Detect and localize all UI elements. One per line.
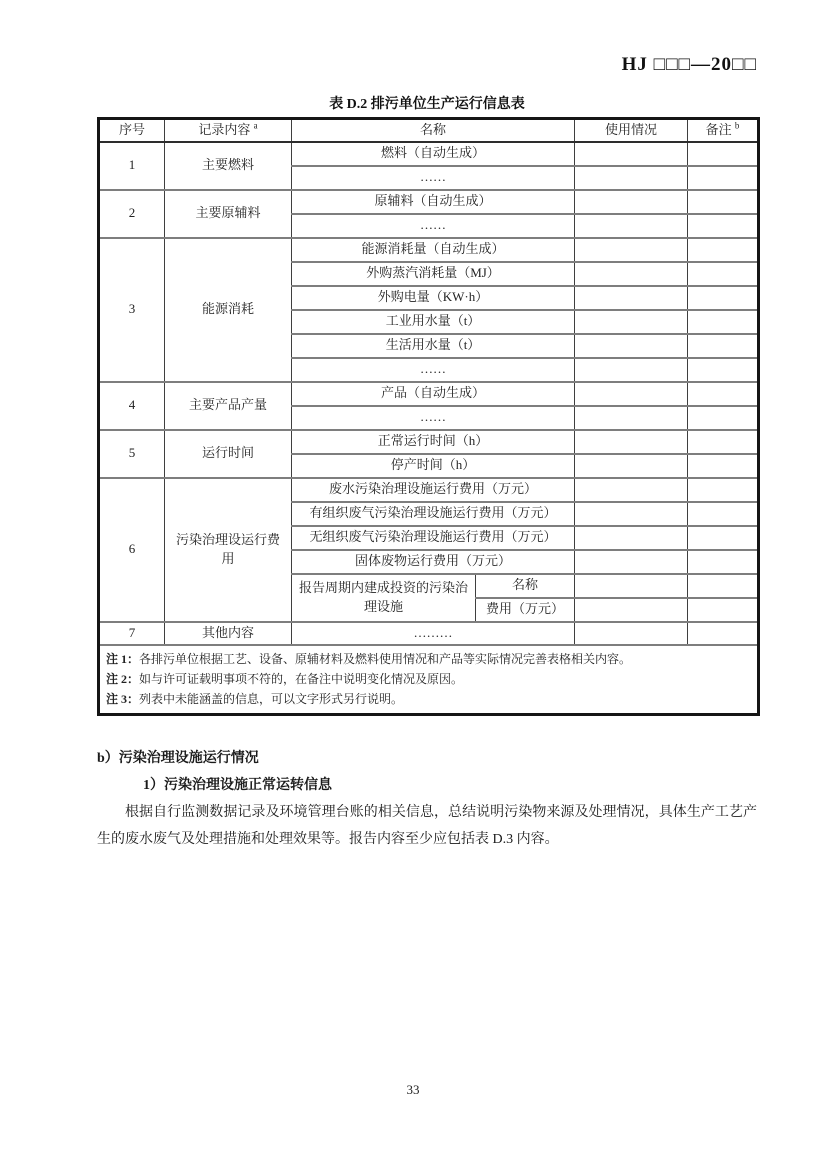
name-cell: 正常运行时间（h）	[292, 430, 575, 454]
column-header-usage: 使用情况	[575, 119, 688, 142]
note-label: 注 3：	[106, 692, 139, 706]
remark-cell	[688, 334, 759, 358]
usage-cell	[575, 550, 688, 574]
remark-cell	[688, 262, 759, 286]
remark-cell	[688, 190, 759, 214]
usage-cell	[575, 310, 688, 334]
note-text: 各排污单位根据工艺、设备、原辅材料及燃料使用情况和产品等实际情况完善表格相关内容…	[139, 652, 631, 666]
document-page: HJ □□□—20□□ 表 D.2 排污单位生产运行信息表 序号 记录内容 a …	[0, 0, 826, 1169]
name-cell: ……	[292, 358, 575, 382]
remark-cell	[688, 286, 759, 310]
serial-cell: 3	[99, 238, 165, 382]
remark-cell	[688, 430, 759, 454]
note-line: 注 2：如与许可证载明事项不符的，在备注中说明变化情况及原因。	[106, 669, 751, 689]
remark-cell	[688, 574, 759, 598]
content-cell: 主要燃料	[165, 142, 292, 190]
usage-cell	[575, 334, 688, 358]
usage-cell	[575, 478, 688, 502]
serial-cell: 2	[99, 190, 165, 238]
serial-cell: 1	[99, 142, 165, 190]
name-cell: 废水污染治理设施运行费用（万元）	[292, 478, 575, 502]
content-cell: 运行时间	[165, 430, 292, 478]
usage-cell	[575, 430, 688, 454]
table-title: 表 D.2 排污单位生产运行信息表	[97, 93, 757, 113]
name-cell: 产品（自动生成）	[292, 382, 575, 406]
note-text: 如与许可证载明事项不符的，在备注中说明变化情况及原因。	[139, 672, 463, 686]
serial-cell: 6	[99, 478, 165, 622]
remark-cell	[688, 478, 759, 502]
name-cell: ……	[292, 406, 575, 430]
remark-cell	[688, 406, 759, 430]
footnote-marker-a: a	[254, 121, 258, 131]
column-header-serial: 序号	[99, 119, 165, 142]
name-sub-cell: 名称	[476, 574, 575, 598]
name-cell: ……	[292, 166, 575, 190]
content-cell: 主要产品产量	[165, 382, 292, 430]
table-row: 5 运行时间 正常运行时间（h）	[99, 430, 759, 454]
name-cell: 能源消耗量（自动生成）	[292, 238, 575, 262]
remark-cell	[688, 622, 759, 645]
remark-cell	[688, 598, 759, 622]
usage-cell	[575, 382, 688, 406]
section-heading-b: b）污染治理设施运行情况	[97, 745, 757, 772]
remark-cell	[688, 238, 759, 262]
name-sub-cell: 费用（万元）	[476, 598, 575, 622]
name-cell: 外购蒸汽消耗量（MJ）	[292, 262, 575, 286]
remark-cell	[688, 502, 759, 526]
serial-cell: 5	[99, 430, 165, 478]
usage-cell	[575, 286, 688, 310]
name-cell: ……	[292, 214, 575, 238]
name-cell: ………	[292, 622, 575, 645]
usage-cell	[575, 358, 688, 382]
remark-cell	[688, 550, 759, 574]
serial-cell: 7	[99, 622, 165, 645]
name-cell: 停产时间（h）	[292, 454, 575, 478]
serial-cell: 4	[99, 382, 165, 430]
standard-code-header: HJ □□□—20□□	[622, 54, 757, 76]
footnote-marker-b: b	[735, 121, 740, 131]
note-line: 注 1：各排污单位根据工艺、设备、原辅材料及燃料使用情况和产品等实际情况完善表格…	[106, 649, 751, 669]
usage-cell	[575, 238, 688, 262]
usage-cell	[575, 598, 688, 622]
remark-cell	[688, 382, 759, 406]
content-cell: 能源消耗	[165, 238, 292, 382]
usage-cell	[575, 262, 688, 286]
production-info-table: 序号 记录内容 a 名称 使用情况 备注 b 1 主要燃料 燃料（自动生成） ……	[97, 117, 760, 716]
table-row: 1 主要燃料 燃料（自动生成）	[99, 142, 759, 166]
name-group-cell: 报告周期内建成投资的污染治理设施	[292, 574, 476, 622]
section-paragraph: 根据自行监测数据记录及环境管理台账的相关信息，总结说明污染物来源及处理情况，具体…	[97, 799, 757, 853]
usage-cell	[575, 142, 688, 166]
usage-cell	[575, 502, 688, 526]
name-cell: 外购电量（KW·h）	[292, 286, 575, 310]
table-row: 3 能源消耗 能源消耗量（自动生成）	[99, 238, 759, 262]
usage-cell	[575, 454, 688, 478]
remark-cell	[688, 310, 759, 334]
usage-cell	[575, 214, 688, 238]
remark-cell	[688, 166, 759, 190]
name-cell: 有组织废气污染治理设施运行费用（万元）	[292, 502, 575, 526]
usage-cell	[575, 574, 688, 598]
table-row: 7 其他内容 ………	[99, 622, 759, 645]
table-row: 4 主要产品产量 产品（自动生成）	[99, 382, 759, 406]
usage-cell	[575, 166, 688, 190]
content-cell: 污染治理设运行费用	[165, 478, 292, 622]
page-number: 33	[0, 1082, 826, 1098]
remark-cell	[688, 358, 759, 382]
remark-cell	[688, 142, 759, 166]
section-heading-1: 1）污染治理设施正常运转信息	[97, 772, 757, 799]
content-cell: 主要原辅料	[165, 190, 292, 238]
remark-cell	[688, 214, 759, 238]
table-row: 2 主要原辅料 原辅料（自动生成）	[99, 190, 759, 214]
usage-cell	[575, 526, 688, 550]
name-cell: 原辅料（自动生成）	[292, 190, 575, 214]
column-header-name: 名称	[292, 119, 575, 142]
column-header-remark: 备注 b	[688, 119, 759, 142]
remark-cell	[688, 454, 759, 478]
note-text: 列表中未能涵盖的信息，可以文字形式另行说明。	[139, 692, 403, 706]
note-line: 注 3：列表中未能涵盖的信息，可以文字形式另行说明。	[106, 689, 751, 709]
name-cell: 固体废物运行费用（万元）	[292, 550, 575, 574]
remark-cell	[688, 526, 759, 550]
usage-cell	[575, 622, 688, 645]
name-cell: 无组织废气污染治理设施运行费用（万元）	[292, 526, 575, 550]
section-b: b）污染治理设施运行情况 1）污染治理设施正常运转信息 根据自行监测数据记录及环…	[97, 745, 757, 853]
name-cell: 生活用水量（t）	[292, 334, 575, 358]
usage-cell	[575, 190, 688, 214]
name-cell: 工业用水量（t）	[292, 310, 575, 334]
column-header-record: 记录内容 a	[165, 119, 292, 142]
name-cell: 燃料（自动生成）	[292, 142, 575, 166]
content-cell: 其他内容	[165, 622, 292, 645]
note-label: 注 1：	[106, 652, 139, 666]
table-row: 6 污染治理设运行费用 废水污染治理设施运行费用（万元）	[99, 478, 759, 502]
table-notes-row: 注 1：各排污单位根据工艺、设备、原辅材料及燃料使用情况和产品等实际情况完善表格…	[99, 645, 759, 715]
table-header-row: 序号 记录内容 a 名称 使用情况 备注 b	[99, 119, 759, 142]
table-notes: 注 1：各排污单位根据工艺、设备、原辅材料及燃料使用情况和产品等实际情况完善表格…	[99, 645, 759, 715]
usage-cell	[575, 406, 688, 430]
note-label: 注 2：	[106, 672, 139, 686]
